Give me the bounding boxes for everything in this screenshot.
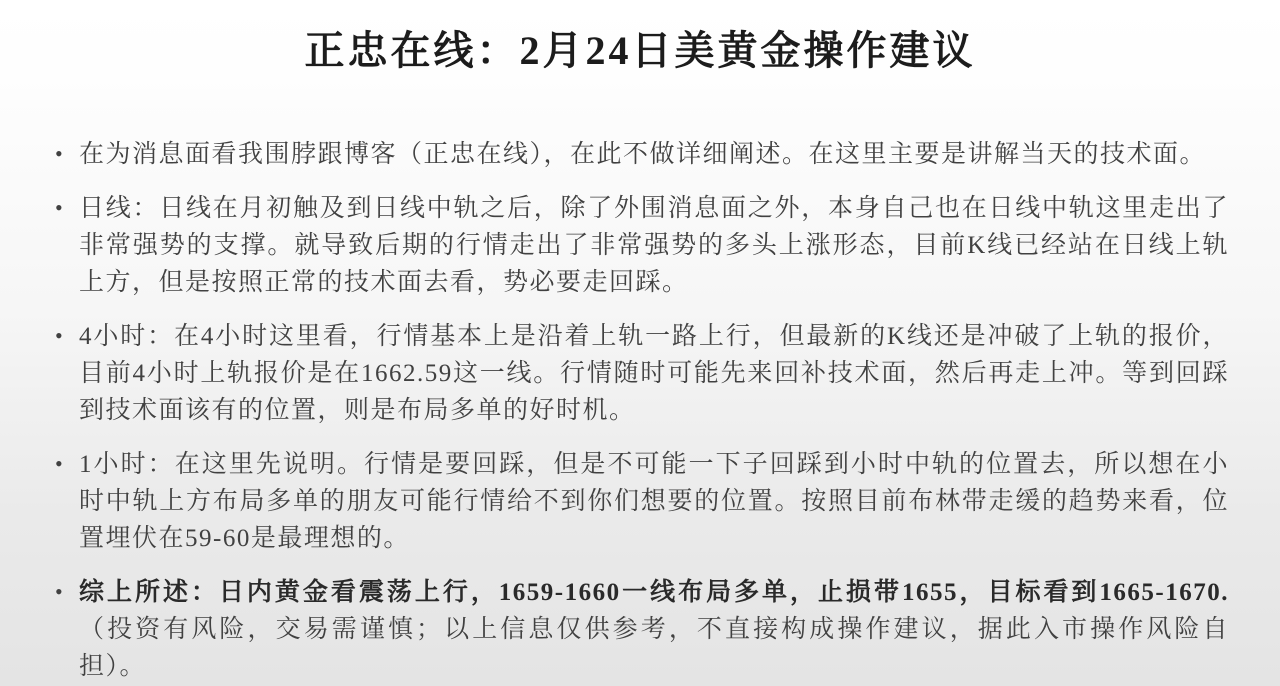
bullet-item-4hour: • 4小时：在4小时这里看，行情基本上是沿着上轨一路上行，但最新的K线还是冲破了… — [79, 318, 1229, 429]
bullet-item-intro: • 在为消息面看我围脖跟博客（正忠在线），在此不做详细阐述。在这里主要是讲解当天… — [79, 136, 1229, 173]
slide: 正忠在线：2月24日美黄金操作建议 • 在为消息面看我围脖跟博客（正忠在线），在… — [0, 0, 1280, 686]
bullet-text-intro: 在为消息面看我围脖跟博客（正忠在线），在此不做详细阐述。在这里主要是讲解当天的技… — [79, 141, 1206, 168]
bullet-item-summary: • 综上所述：日内黄金看震荡上行，1659-1660一线布局多单，止损带1655… — [79, 574, 1229, 685]
bullet-dot-icon: • — [55, 189, 64, 226]
slide-title: 正忠在线：2月24日美黄金操作建议 — [0, 0, 1280, 76]
bullet-text-1hour: 1小时：在这里先说明。行情是要回踩，但是不可能一下子回踩到小时中轨的位置去，所以… — [79, 451, 1229, 552]
bullet-text-summary-disclaimer: （投资有风险，交易需谨慎；以上信息仅供参考，不直接构成操作建议，据此入市操作风险… — [79, 616, 1229, 680]
bullet-item-daily: • 日线：日线在月初触及到日线中轨之后，除了外围消息面之外，本身自己也在日线中轨… — [79, 190, 1229, 301]
bullet-text-daily: 日线：日线在月初触及到日线中轨之后，除了外围消息面之外，本身自己也在日线中轨这里… — [79, 195, 1229, 296]
bullet-dot-icon: • — [55, 135, 64, 172]
bullet-dot-icon: • — [55, 445, 64, 482]
bullet-list: • 在为消息面看我围脖跟博客（正忠在线），在此不做详细阐述。在这里主要是讲解当天… — [79, 136, 1229, 685]
bullet-dot-icon: • — [55, 573, 64, 610]
bullet-text-summary-bold: 综上所述：日内黄金看震荡上行，1659-1660一线布局多单，止损带1655，目… — [79, 579, 1229, 606]
bullet-text-4hour: 4小时：在4小时这里看，行情基本上是沿着上轨一路上行，但最新的K线还是冲破了上轨… — [79, 323, 1229, 424]
bullet-item-1hour: • 1小时：在这里先说明。行情是要回踩，但是不可能一下子回踩到小时中轨的位置去，… — [79, 446, 1229, 557]
bullet-dot-icon: • — [55, 317, 64, 354]
